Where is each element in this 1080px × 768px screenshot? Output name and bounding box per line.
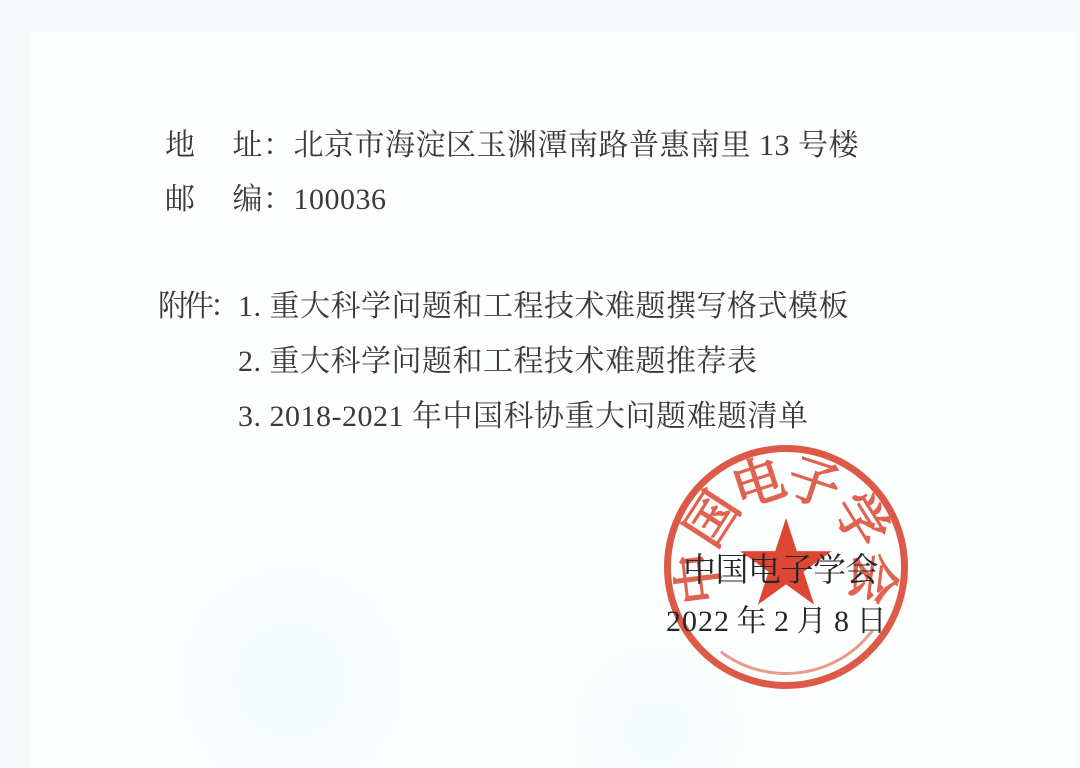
postal-code-label: 邮编: [165, 184, 263, 216]
postal-code-row: 邮编：100036: [165, 184, 387, 216]
attachment-item-1: 1. 重大科学问题和工程技术难题撰写格式模板: [238, 279, 849, 334]
organization-name: 中国电子学会: [683, 553, 878, 589]
attachments-list: 1. 重大科学问题和工程技术难题撰写格式模板 2. 重大科学问题和工程技术难题推…: [238, 279, 849, 444]
attachments-block: 附件： 1. 重大科学问题和工程技术难题撰写格式模板 2. 重大科学问题和工程技…: [158, 279, 849, 444]
signature-date: 2022 年 2 月 8 日: [666, 605, 888, 639]
attachment-item-3: 3. 2018-2021 年中国科协重大问题难题清单: [238, 389, 849, 444]
postal-code-value: 100036: [294, 183, 387, 216]
address-row: 地址：北京市海淀区玉渊潭南路普惠南里 13 号楼: [165, 130, 859, 162]
postal-code-colon: ：: [263, 183, 294, 216]
address-value: 北京市海淀区玉渊潭南路普惠南里 13 号楼: [294, 129, 860, 162]
scanned-document-page: 地址：北京市海淀区玉渊潭南路普惠南里 13 号楼 邮编：100036 附件： 1…: [0, 0, 1080, 768]
attachments-label: 附件：: [158, 279, 238, 334]
address-colon: ：: [263, 129, 294, 162]
address-label: 地址: [165, 130, 263, 162]
attachment-item-2: 2. 重大科学问题和工程技术难题推荐表: [238, 334, 849, 389]
